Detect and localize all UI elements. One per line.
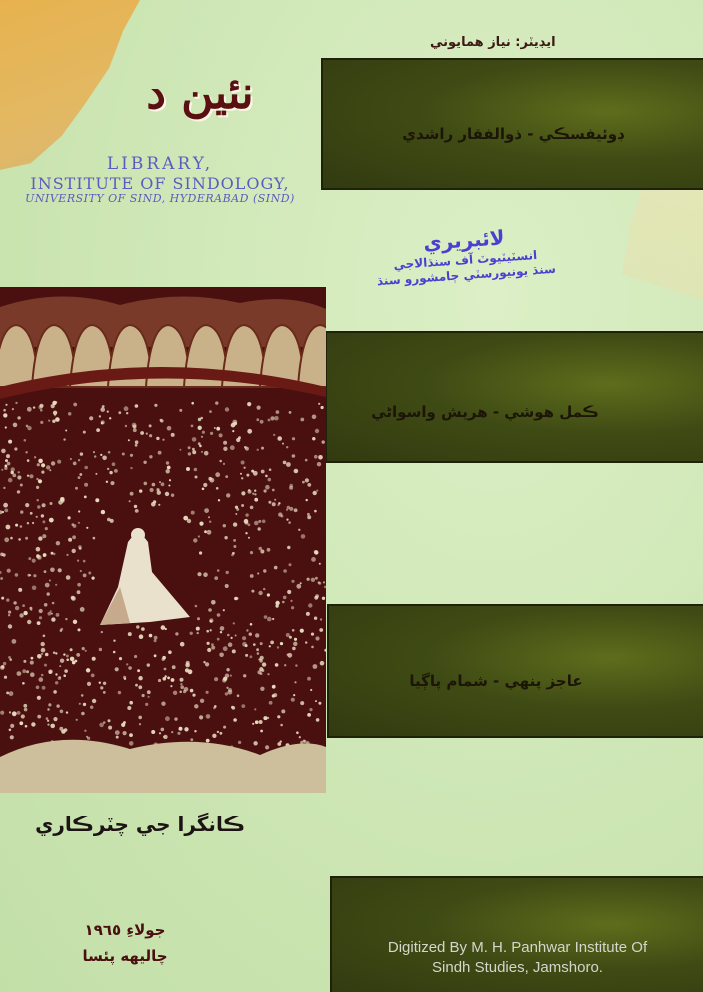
library-stamp-sindhi: لائبريري انسٽيٽيوٽ آف سنڌالاجي سنڌ يونيو… [348, 220, 581, 291]
issue-price: چاليهه پئسا [70, 944, 180, 970]
library-stamp-english: LIBRARY, INSTITUTE OF SINDOLOGY, UNIVERS… [0, 155, 320, 206]
watermark-line-1: Digitized By M. H. Panhwar Institute Of [340, 938, 695, 958]
content-band-1: ڊوئيفسڪي - ذوالفقار راشدي [321, 58, 703, 190]
band-2-text: ڪمل هوشي - هريش واسواڻي [371, 403, 599, 421]
band-1-text: ڊوئيفسڪي - ذوالفقار راشدي [402, 125, 624, 143]
watermark-line-2: Sindh Studies, Jamshoro. [340, 958, 695, 978]
band-3-text: عاجز پنهي - شمام پاڳيا [409, 672, 582, 690]
stamp-line-2: INSTITUTE OF SINDOLOGY, [0, 175, 320, 193]
stamp-line-1: LIBRARY, [0, 155, 320, 175]
stamp-line-3: UNIVERSITY OF SIND, HYDERABAD (SIND) [0, 193, 320, 206]
painting-illustration [0, 287, 326, 793]
magazine-cover: نئين د LIBRARY, INSTITUTE OF SINDOLOGY, … [0, 0, 703, 992]
content-band-3: عاجز پنهي - شمام پاڳيا [327, 604, 703, 738]
issue-info: جولاءِ ١٩٦٥ چاليهه پئسا [70, 918, 180, 969]
kangra-painting [0, 287, 326, 793]
magazine-title: نئين د [110, 68, 290, 119]
digitization-watermark: Digitized By M. H. Panhwar Institute Of … [340, 938, 695, 977]
content-band-2: ڪمل هوشي - هريش واسواڻي [325, 331, 703, 463]
editor-label: ايڊيٽر: نياز همايوني [430, 35, 556, 50]
issue-date: جولاءِ ١٩٦٥ [70, 918, 180, 944]
artwork-caption: ڪانگرا جي چٽرڪاري [30, 812, 250, 836]
